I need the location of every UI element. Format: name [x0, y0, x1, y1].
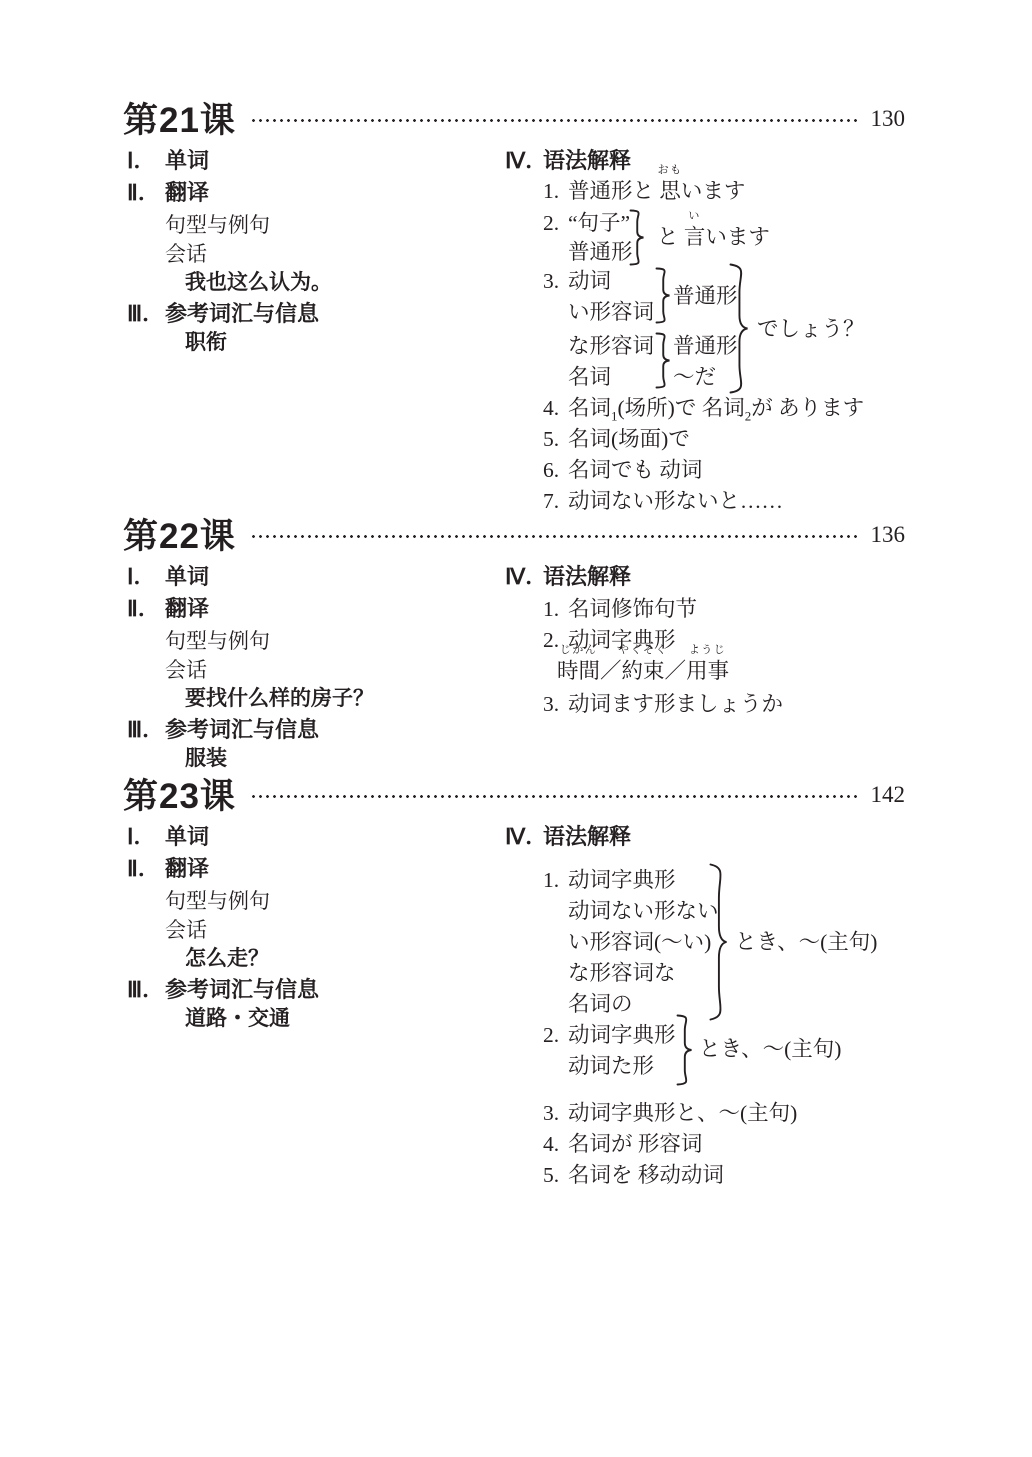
- entry-numeral: Ⅱ．: [127, 594, 165, 624]
- furigana-text: ようじ: [689, 645, 727, 656]
- item-number: 1.: [543, 865, 568, 896]
- item-number: 6.: [543, 455, 568, 486]
- entry-label: 参考词汇与信息: [165, 975, 319, 1005]
- lesson-23-right-column: Ⅳ．语法解释 1. 动词字典形 动词ない形ない い形容词(～い) な形容词な 名…: [505, 822, 1032, 1191]
- reference-topic: 职衔: [185, 329, 505, 357]
- grammar-item-5: 5.名词を 移动动词: [543, 1160, 1032, 1191]
- toc-entry-words: Ⅰ．单词: [127, 822, 505, 852]
- grammar-item-1: 1. 动词字典形 动词ない形ない い形容词(～い) な形容词な 名词の とき、～…: [543, 865, 1032, 1020]
- item-text: 动词字典形と、～(主句): [568, 1098, 797, 1129]
- entry-label: 参考词汇与信息: [165, 299, 319, 329]
- text-segment: います: [681, 179, 746, 203]
- conversation-title: 我也这么认为。: [185, 269, 505, 297]
- item-number: 3.: [543, 266, 568, 297]
- entry-numeral: Ⅳ．: [505, 146, 543, 176]
- toc-page: { "doc": { "lessons": [ { "title": "第21课…: [0, 0, 1032, 1457]
- lesson-23-columns: Ⅰ．单词 Ⅱ．翻译 句型与例句 会话 怎么走？ Ⅲ．参考词汇与信息 道路・交通 …: [127, 822, 1032, 1191]
- brace-tail: でしょう？: [757, 314, 865, 345]
- lesson-23-header: 第23课 142: [123, 772, 905, 816]
- brace-result: と い言います: [657, 222, 770, 253]
- curly-brace: [655, 267, 670, 324]
- kanji-base: 時間: [557, 659, 600, 683]
- entry-numeral: Ⅲ．: [127, 715, 165, 745]
- lesson-21-section: 第21课 130 Ⅰ．单词 Ⅱ．翻译 句型与例句 会话 我也这么认为。 Ⅲ．参考…: [0, 96, 1032, 517]
- item-text: 动词ます形ましょうか: [568, 689, 783, 720]
- text-segment: 普通形と: [568, 179, 659, 203]
- item-text: 名词でも 动词: [568, 455, 702, 486]
- brace-row: い形容词(～い): [568, 927, 711, 958]
- item-text: 名词が 形容词: [568, 1129, 702, 1160]
- lesson-21-right-column: Ⅳ．语法解释 1.普通形と おも思います 2. “句子” 普通形 と い言います…: [505, 146, 1032, 517]
- lesson-23-section: 第23课 142 Ⅰ．单词 Ⅱ．翻译 句型与例句 会话 怎么走？ Ⅲ．参考词汇与…: [0, 772, 1032, 1191]
- reference-topic: 道路・交通: [185, 1005, 505, 1033]
- toc-subentry-conversation: 会话: [165, 916, 505, 945]
- item-number: 5.: [543, 1160, 568, 1191]
- brace-row: な形容词な: [568, 958, 676, 989]
- entry-label: 翻译: [165, 854, 209, 884]
- kanji-base: 用事: [686, 659, 729, 683]
- item-text: 名词修饰句节: [568, 594, 697, 625]
- grammar-item-3: 3.动词ます形ましょうか: [543, 689, 1032, 720]
- brace-row: 动词: [568, 266, 611, 297]
- item-number: 3.: [543, 1098, 568, 1129]
- entry-numeral: Ⅳ．: [505, 562, 543, 592]
- brace-tail: とき、～(主句): [735, 927, 877, 958]
- furigana-group: やくそく約束: [622, 656, 665, 687]
- furigana-text: い: [688, 211, 701, 222]
- dotted-leader: [250, 534, 859, 539]
- item-number: 2.: [543, 208, 568, 239]
- entry-numeral: Ⅱ．: [127, 178, 165, 208]
- lesson-22-section: 第22课 136 Ⅰ．单词 Ⅱ．翻译 句型与例句 会话 要找什么样的房子？ Ⅲ．…: [0, 512, 1032, 773]
- brace-row: “句子”: [568, 208, 630, 239]
- item-text: 名词1(场所)で 名词2が あります: [568, 393, 864, 424]
- toc-entry-translation: Ⅱ．翻译: [127, 178, 505, 208]
- lesson-21-columns: Ⅰ．单词 Ⅱ．翻译 句型与例句 会话 我也这么认为。 Ⅲ．参考词汇与信息 职衔 …: [127, 146, 1032, 517]
- toc-subentry-patterns: 句型与例句: [165, 887, 505, 916]
- entry-numeral: Ⅱ．: [127, 854, 165, 884]
- curly-brace: [629, 209, 644, 266]
- entry-label: 语法解释: [543, 146, 631, 176]
- separator-slash: ／: [600, 659, 622, 683]
- kanji-base: 約束: [622, 659, 665, 683]
- toc-subentry-patterns: 句型与例句: [165, 627, 505, 656]
- furigana-group: い言: [684, 222, 706, 253]
- grammar-item-4: 4.名词1(场所)で 名词2が あります: [543, 393, 1032, 424]
- entry-label: 语法解释: [543, 822, 631, 852]
- toc-entry-words: Ⅰ．单词: [127, 146, 505, 176]
- conversation-title: 怎么走？: [185, 945, 505, 973]
- curly-brace-outer: [729, 263, 748, 394]
- text-segment: (场所)で 名词: [618, 396, 745, 420]
- toc-subentry-conversation: 会话: [165, 656, 505, 685]
- brace-row: 名词の: [568, 989, 633, 1020]
- brace-result: 普通形: [673, 281, 738, 312]
- brace-result: ～だ: [673, 362, 716, 393]
- lesson-21-header: 第21课 130: [123, 96, 905, 140]
- curly-brace: [676, 1014, 692, 1086]
- furigana-group: ようじ用事: [686, 656, 729, 687]
- item-number: 4.: [543, 393, 568, 424]
- grammar-item-6: 6.名词でも 动词: [543, 455, 1032, 486]
- entry-numeral: Ⅰ．: [127, 562, 165, 592]
- grammar-item-2-examples: じかん時間／やくそく約束／ようじ用事: [557, 656, 1032, 687]
- entry-label: 单词: [165, 562, 209, 592]
- lesson-22-header: 第22课 136: [123, 512, 905, 556]
- lesson-22-page-number: 136: [871, 522, 906, 548]
- brace-row: な形容词: [568, 331, 654, 362]
- brace-result: 普通形: [673, 331, 738, 362]
- entry-numeral: Ⅲ．: [127, 975, 165, 1005]
- curly-brace: [709, 863, 727, 1021]
- toc-subentry-patterns: 句型与例句: [165, 211, 505, 240]
- item-number: 1.: [543, 176, 568, 208]
- item-text: 名词(场面)で: [568, 424, 690, 455]
- grammar-item-2: 2. 动词字典形 动词た形 とき、～(主句): [543, 1020, 1032, 1084]
- entry-numeral: Ⅰ．: [127, 146, 165, 176]
- text-segment: います: [705, 225, 770, 249]
- lesson-22-left-column: Ⅰ．单词 Ⅱ．翻译 句型与例句 会话 要找什么样的房子？ Ⅲ．参考词汇与信息 服…: [127, 562, 505, 773]
- toc-entry-grammar: Ⅳ．语法解释: [505, 822, 1032, 852]
- grammar-item-3: 3. 动词 い形容词 普通形 な形容词 名词 普通形 ～だ でしょう？: [543, 266, 1032, 393]
- lesson-21-page-number: 130: [871, 106, 906, 132]
- item-number: 2.: [543, 1020, 568, 1051]
- brace-tail: とき、～(主句): [699, 1034, 841, 1065]
- grammar-item-1: 1.名词修饰句节: [543, 594, 1032, 625]
- grammar-item-4: 4.名词が 形容词: [543, 1129, 1032, 1160]
- furigana-text: じかん: [560, 645, 598, 656]
- toc-entry-translation: Ⅱ．翻译: [127, 854, 505, 884]
- furigana-text: やくそく: [618, 645, 668, 656]
- separator-slash: ／: [665, 659, 687, 683]
- lesson-23-title: 第23课: [123, 769, 236, 819]
- dotted-leader: [250, 794, 859, 799]
- entry-label: 翻译: [165, 594, 209, 624]
- kanji-base: 思: [659, 179, 681, 203]
- grammar-item-3: 3.动词字典形と、～(主句): [543, 1098, 1032, 1129]
- text-segment: 名词: [568, 396, 611, 420]
- lesson-22-right-column: Ⅳ．语法解释 1.名词修饰句节 2.动词字典形 じかん時間／やくそく約束／ようじ…: [505, 562, 1032, 773]
- entry-label: 参考词汇与信息: [165, 715, 319, 745]
- entry-numeral: Ⅲ．: [127, 299, 165, 329]
- entry-numeral: Ⅳ．: [505, 822, 543, 852]
- furigana-text: おも: [658, 165, 683, 176]
- item-text: 普通形と おも思います: [568, 176, 745, 208]
- brace-row: 动词字典形: [568, 1020, 676, 1051]
- lesson-21-title: 第21课: [123, 93, 236, 143]
- entry-label: 单词: [165, 822, 209, 852]
- text-segment: が あります: [751, 396, 864, 420]
- toc-entry-reference: Ⅲ．参考词汇与信息: [127, 975, 505, 1005]
- toc-subentry-conversation: 会话: [165, 240, 505, 269]
- lesson-21-left-column: Ⅰ．单词 Ⅱ．翻译 句型与例句 会话 我也这么认为。 Ⅲ．参考词汇与信息 职衔: [127, 146, 505, 517]
- toc-entry-words: Ⅰ．单词: [127, 562, 505, 592]
- brace-row: 名词: [568, 362, 611, 393]
- lesson-23-page-number: 142: [871, 782, 906, 808]
- item-number: 3.: [543, 689, 568, 720]
- conversation-title: 要找什么样的房子？: [185, 685, 505, 713]
- grammar-item-2: 2.动词字典形: [543, 625, 1032, 656]
- brace-row: 动词字典形: [568, 865, 676, 896]
- entry-numeral: Ⅰ．: [127, 822, 165, 852]
- item-number: 1.: [543, 594, 568, 625]
- lesson-22-title: 第22课: [123, 509, 236, 559]
- toc-entry-translation: Ⅱ．翻译: [127, 594, 505, 624]
- text-segment: と: [657, 225, 684, 249]
- item-number: 4.: [543, 1129, 568, 1160]
- grammar-item-2: 2. “句子” 普通形 と い言います: [543, 208, 1032, 266]
- lesson-22-columns: Ⅰ．单词 Ⅱ．翻译 句型与例句 会话 要找什么样的房子？ Ⅲ．参考词汇与信息 服…: [127, 562, 1032, 773]
- dotted-leader: [250, 118, 859, 123]
- entry-label: 翻译: [165, 178, 209, 208]
- lesson-23-left-column: Ⅰ．单词 Ⅱ．翻译 句型与例句 会话 怎么走？ Ⅲ．参考词汇与信息 道路・交通: [127, 822, 505, 1191]
- item-number: 5.: [543, 424, 568, 455]
- curly-brace: [655, 332, 670, 389]
- toc-entry-grammar: Ⅳ．语法解释: [505, 562, 1032, 592]
- furigana-group: じかん時間: [557, 656, 600, 687]
- kanji-base: 言: [684, 225, 706, 249]
- toc-entry-reference: Ⅲ．参考词汇与信息: [127, 715, 505, 745]
- entry-label: 单词: [165, 146, 209, 176]
- item-text: 名词を 移动动词: [568, 1160, 724, 1191]
- entry-label: 语法解释: [543, 562, 631, 592]
- brace-row: 动词た形: [568, 1051, 654, 1082]
- brace-row: い形容词: [568, 297, 654, 328]
- brace-row: 动词ない形ない: [568, 896, 719, 927]
- toc-entry-reference: Ⅲ．参考词汇与信息: [127, 299, 505, 329]
- furigana-group: おも思: [659, 176, 681, 207]
- toc-entry-grammar: Ⅳ．语法解释: [505, 146, 1032, 176]
- grammar-item-5: 5.名词(场面)で: [543, 424, 1032, 455]
- grammar-item-1: 1.普通形と おも思います: [543, 176, 1032, 208]
- brace-row: 普通形: [568, 237, 633, 268]
